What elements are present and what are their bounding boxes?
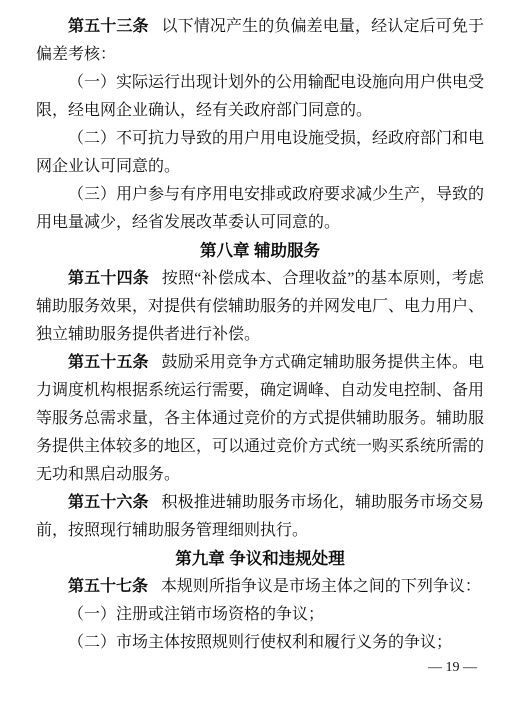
article-53-item-1: （一）实际运行出现计划外的公用输配电设施向用户供电受限，经电网企业确认，经有关政… xyxy=(36,69,484,125)
chapter-9-heading: 第九章 争议和违规处理 xyxy=(36,545,484,573)
article-55-number: 第五十五条 xyxy=(68,354,149,371)
article-55-text: 鼓励采用竞争方式确定辅助服务提供主体。电力调度机构根据系统运行需要，确定调峰、自… xyxy=(36,354,484,483)
article-57-item-2: （二）市场主体按照规则行使权利和履行义务的争议； xyxy=(36,629,484,657)
article-54-paragraph: 第五十四条按照“补偿成本、合理收益”的基本原则，考虑辅助服务效果，对提供有偿辅助… xyxy=(36,265,484,349)
article-57-number: 第五十七条 xyxy=(68,578,148,595)
article-57-text: 本规则所指争议是市场主体之间的下列争议： xyxy=(161,578,481,595)
document-page: 第五十三条以下情况产生的负偏差电量，经认定后可免于偏差考核： （一）实际运行出现… xyxy=(0,0,521,709)
article-53-item-3-text: （三）用户参与有序用电安排或政府要求减少生产，导致的用电量减少，经省发展改革委认… xyxy=(36,186,484,231)
article-57-item-1: （一）注册或注销市场资格的争议； xyxy=(36,601,484,629)
article-56-number: 第五十六条 xyxy=(68,494,149,511)
article-57-item-2-text: （二）市场主体按照规则行使权利和履行义务的争议； xyxy=(68,634,452,651)
article-53-item-2-text: （二）不可抗力导致的用户用电设施受损，经政府部门和电网企业认可同意的。 xyxy=(36,130,484,175)
page-number: — 19 — xyxy=(36,658,484,678)
article-53-number: 第五十三条 xyxy=(68,18,149,35)
article-57-item-1-text: （一）注册或注销市场资格的争议； xyxy=(68,606,324,623)
article-53-item-1-text: （一）实际运行出现计划外的公用输配电设施向用户供电受限，经电网企业确认，经有关政… xyxy=(36,74,484,119)
article-57-paragraph: 第五十七条本规则所指争议是市场主体之间的下列争议： xyxy=(36,573,484,601)
article-53-item-2: （二）不可抗力导致的用户用电设施受损，经政府部门和电网企业认可同意的。 xyxy=(36,125,484,181)
chapter-8-heading: 第八章 辅助服务 xyxy=(36,237,484,265)
article-54-number: 第五十四条 xyxy=(68,270,149,287)
article-56-paragraph: 第五十六条积极推进辅助服务市场化，辅助服务市场交易前，按照现行辅助服务管理细则执… xyxy=(36,489,484,545)
article-55-paragraph: 第五十五条鼓励采用竞争方式确定辅助服务提供主体。电力调度机构根据系统运行需要，确… xyxy=(36,349,484,489)
article-53-paragraph: 第五十三条以下情况产生的负偏差电量，经认定后可免于偏差考核： xyxy=(36,13,484,69)
article-53-item-3: （三）用户参与有序用电安排或政府要求减少生产，导致的用电量减少，经省发展改革委认… xyxy=(36,181,484,237)
